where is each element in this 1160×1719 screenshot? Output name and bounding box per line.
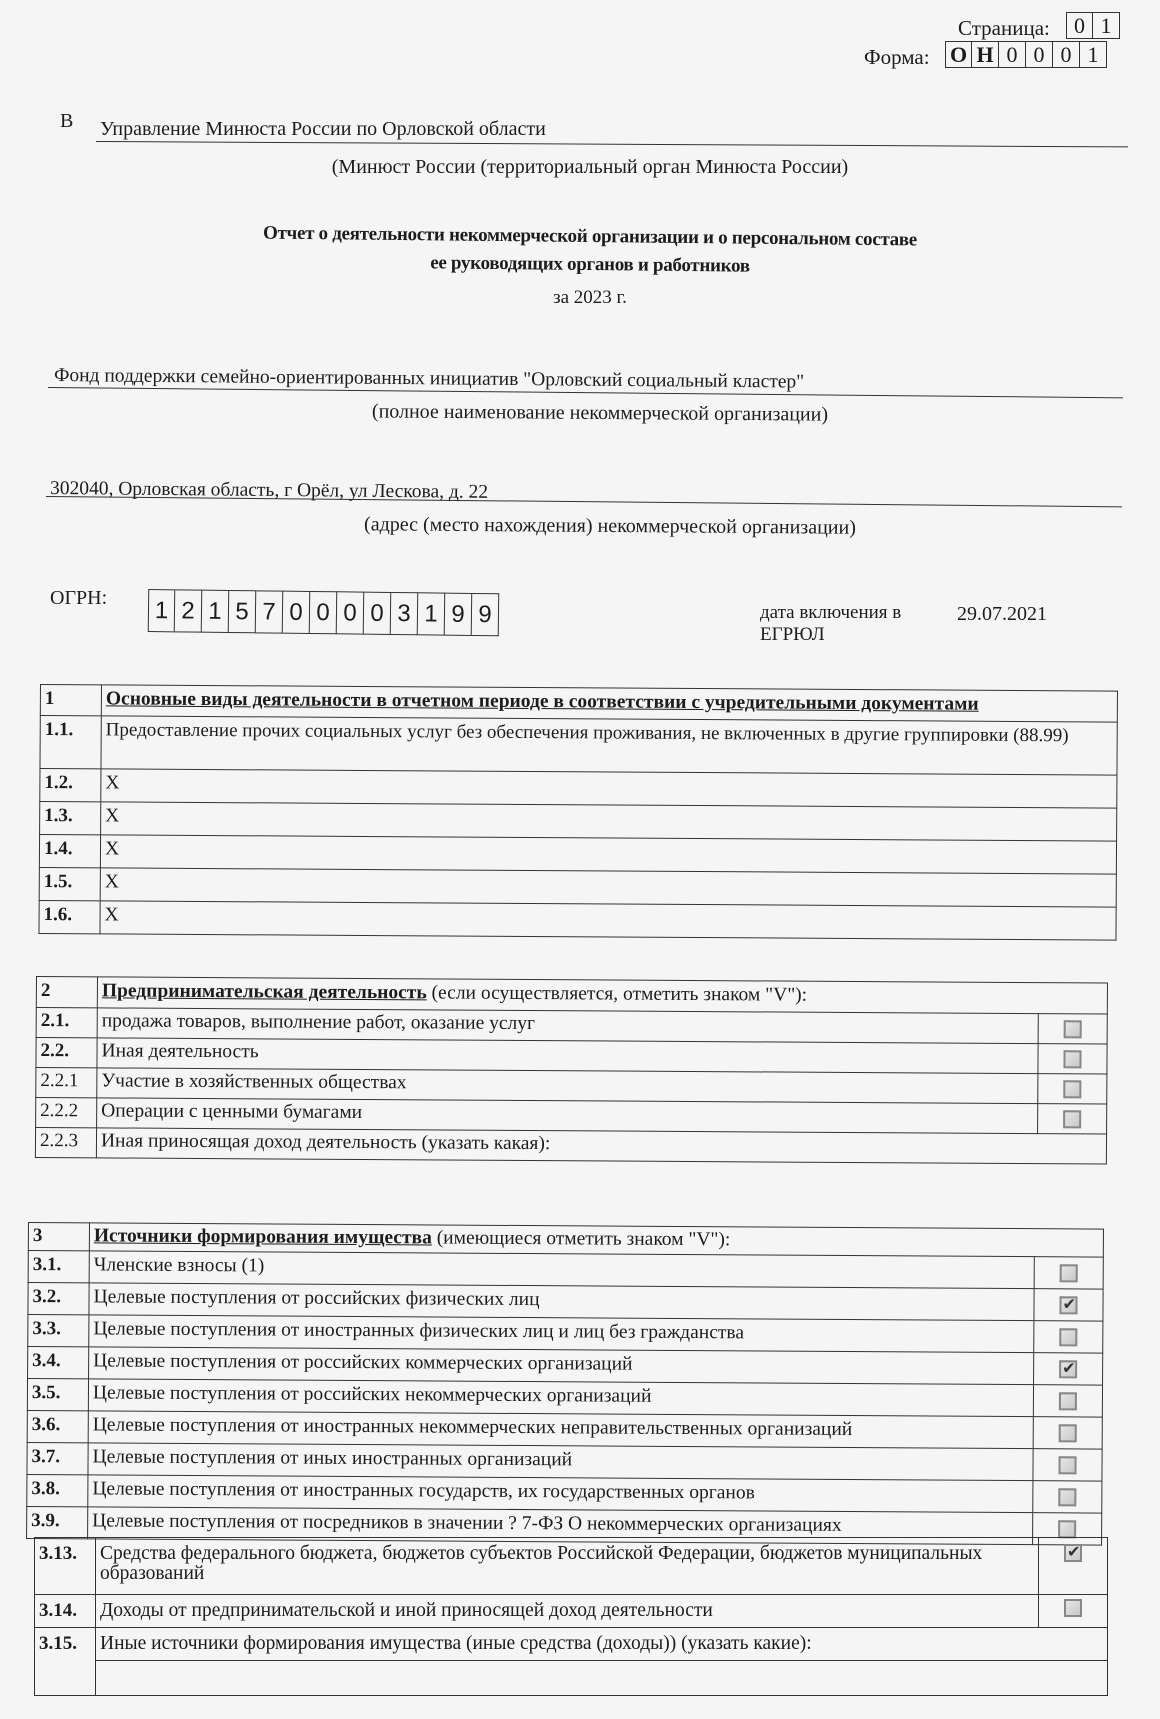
row-checkbox-cell <box>1034 1289 1103 1321</box>
checkbox[interactable] <box>1058 1456 1076 1474</box>
row-checkbox-cell <box>1033 1417 1102 1449</box>
form-code-char: 0 <box>1053 41 1080 68</box>
row-num: 1.6. <box>39 900 100 933</box>
organization-address-caption: (адрес (место нахождения) некоммерческой… <box>240 512 980 540</box>
page-label: Страница: <box>958 16 1050 41</box>
row-num: 1.4. <box>39 835 100 868</box>
row-num: 3.1. <box>28 1251 89 1283</box>
egrul-date-label-line2: ЕГРЮЛ <box>760 624 901 646</box>
ogrn-digit: 1 <box>148 589 176 632</box>
row-checkbox-cell <box>1038 1104 1107 1134</box>
checkbox[interactable] <box>1059 1328 1077 1346</box>
ogrn-digit: 0 <box>283 591 311 634</box>
section1-num: 1 <box>40 685 101 716</box>
row-num: 3.13. <box>35 1538 96 1595</box>
row-num: 2.1. <box>36 1008 97 1038</box>
checkbox[interactable] <box>1059 1424 1077 1442</box>
row-num: 3.6. <box>27 1410 88 1442</box>
section3-title-rest: (имеющиеся отметить знаком "V"): <box>432 1227 731 1250</box>
ogrn-digit: 9 <box>445 593 473 636</box>
row-text: Доходы от предпринимательской и иной при… <box>96 1595 1039 1628</box>
row-num: 2.2.3 <box>35 1128 96 1158</box>
ogrn-digit: 2 <box>175 589 203 632</box>
row-num: 3.9. <box>27 1506 88 1538</box>
checkbox[interactable] <box>1060 1264 1078 1282</box>
addressee-value: Управление Минюста России по Орловской о… <box>100 118 546 141</box>
table-row: 1.6. X <box>39 900 1116 940</box>
ogrn-digit: 9 <box>472 593 500 636</box>
checkbox[interactable] <box>1063 1080 1081 1098</box>
checkbox[interactable] <box>1064 1020 1082 1038</box>
addressee-underline <box>96 141 1128 147</box>
checkbox-checked[interactable] <box>1059 1296 1077 1314</box>
row-num: 2.2. <box>36 1038 97 1068</box>
section3-num: 3 <box>28 1223 89 1251</box>
form-label: Форма: <box>864 45 930 70</box>
checkbox-checked[interactable] <box>1059 1360 1077 1378</box>
form-code-box: О Н 0 0 0 1 <box>945 41 1107 68</box>
section1-table: 1 Основные виды деятельности в отчетном … <box>38 684 1118 941</box>
row-num: 2.2.2 <box>36 1098 97 1128</box>
row-num: 3.7. <box>27 1442 88 1474</box>
row-checkbox-cell <box>1033 1385 1102 1417</box>
row-num: 3.14. <box>35 1595 96 1628</box>
form-code-char: 1 <box>1080 41 1107 68</box>
row-checkbox-cell <box>1038 1044 1107 1074</box>
table-row <box>35 1661 1108 1696</box>
row-num: 3.3. <box>28 1315 89 1347</box>
row-text: Средства федерального бюджета, бюджетов … <box>96 1538 1039 1595</box>
ogrn-digit: 7 <box>256 590 284 633</box>
ogrn-label: ОГРН: <box>50 587 107 610</box>
ogrn-digit: 5 <box>229 590 257 633</box>
addressee-caption: (Минюст России (территориальный орган Ми… <box>200 156 980 179</box>
table-row: 3.14. Доходы от предпринимательской и ин… <box>35 1595 1108 1628</box>
row-checkbox-cell <box>1034 1257 1103 1289</box>
table-row: 2.2.3 Иная приносящая доход деятельность… <box>35 1128 1106 1165</box>
checkbox[interactable] <box>1063 1110 1081 1128</box>
organization-name-caption: (полное наименование некоммерческой орга… <box>240 399 960 427</box>
row-num: 1.2. <box>40 769 101 802</box>
table-row: 3.15. Иные источники формирования имущес… <box>35 1628 1108 1661</box>
row-checkbox-cell <box>1034 1353 1103 1385</box>
ogrn-box: 1 2 1 5 7 0 0 0 0 3 1 9 9 <box>148 589 499 636</box>
form-code-char: Н <box>972 41 999 68</box>
checkbox[interactable] <box>1058 1488 1076 1506</box>
checkbox[interactable] <box>1059 1392 1077 1410</box>
egrul-date-label: дата включения в ЕГРЮЛ <box>760 602 901 646</box>
ogrn-digit: 0 <box>364 592 392 635</box>
row-num: 1.5. <box>39 867 100 900</box>
row-num: 3.2. <box>28 1283 89 1315</box>
page-number-box: 0 1 <box>1066 12 1120 39</box>
row-checkbox-cell <box>1039 1595 1108 1628</box>
row-checkbox-cell <box>1034 1321 1103 1353</box>
egrul-date-value: 29.07.2021 <box>957 603 1047 626</box>
organization-name: Фонд поддержки семейно-ориентированных и… <box>54 365 804 394</box>
ogrn-digit: 0 <box>310 591 338 634</box>
row-num: 1.1. <box>40 716 101 769</box>
activity-text: X <box>100 901 1116 940</box>
addressee-prefix: В <box>60 110 73 133</box>
section2-num: 2 <box>36 977 97 1008</box>
page-digit: 1 <box>1093 12 1120 39</box>
checkbox[interactable] <box>1058 1520 1076 1538</box>
row-num: 3.4. <box>28 1347 89 1379</box>
form-code-char: О <box>945 41 972 68</box>
page-digit: 0 <box>1066 12 1093 39</box>
row-num: 3.15. <box>35 1628 96 1696</box>
row-num: 3.5. <box>27 1379 88 1411</box>
row-checkbox-cell <box>1038 1074 1107 1104</box>
section3-continuation-table: 3.13. Средства федерального бюджета, бюд… <box>34 1537 1108 1696</box>
section2-title-rest: (если осуществляется, отметить знаком "V… <box>427 982 808 1005</box>
other-sources-input[interactable] <box>96 1661 1108 1696</box>
row-num: 3.8. <box>27 1474 88 1506</box>
checkbox[interactable] <box>1063 1050 1081 1068</box>
row-checkbox-cell <box>1033 1449 1102 1481</box>
ogrn-digit: 0 <box>337 591 365 634</box>
row-num: 2.2.1 <box>36 1068 97 1098</box>
row-num: 1.3. <box>40 802 101 835</box>
table-row: 1.1. Предоставление прочих социальных ус… <box>40 716 1117 776</box>
egrul-date-label-line1: дата включения в <box>760 602 901 624</box>
form-code-char: 0 <box>999 41 1026 68</box>
checkbox-checked[interactable] <box>1064 1544 1082 1562</box>
ogrn-digit: 1 <box>202 590 230 633</box>
section3-table: 3 Источники формирования имущества (имею… <box>26 1222 1104 1546</box>
form-code-char: 0 <box>1026 41 1053 68</box>
section3-title-bold: Источники формирования имущества <box>94 1225 432 1248</box>
row-text: Иные источники формирования имущества (и… <box>96 1628 1108 1661</box>
checkbox[interactable] <box>1064 1599 1082 1617</box>
section2-title-bold: Предпринимательская деятельность <box>102 980 427 1003</box>
row-checkbox-cell <box>1039 1538 1108 1595</box>
ogrn-digit: 3 <box>391 592 419 635</box>
row-checkbox-cell <box>1038 1014 1107 1044</box>
row-checkbox-cell <box>1033 1481 1102 1513</box>
organization-address-underline <box>46 496 1122 507</box>
activity-text: Предоставление прочих социальных услуг б… <box>101 716 1117 775</box>
report-title-line2: ее руководящих органов и работников <box>0 248 1160 282</box>
ogrn-digit: 1 <box>418 592 446 635</box>
row-text: Иная приносящая доход деятельность (указ… <box>96 1128 1106 1164</box>
section2-table: 2 Предпринимательская деятельность (если… <box>35 976 1108 1165</box>
table-row: 3.13. Средства федерального бюджета, бюд… <box>35 1538 1108 1595</box>
report-period: за 2023 г. <box>0 287 1160 309</box>
